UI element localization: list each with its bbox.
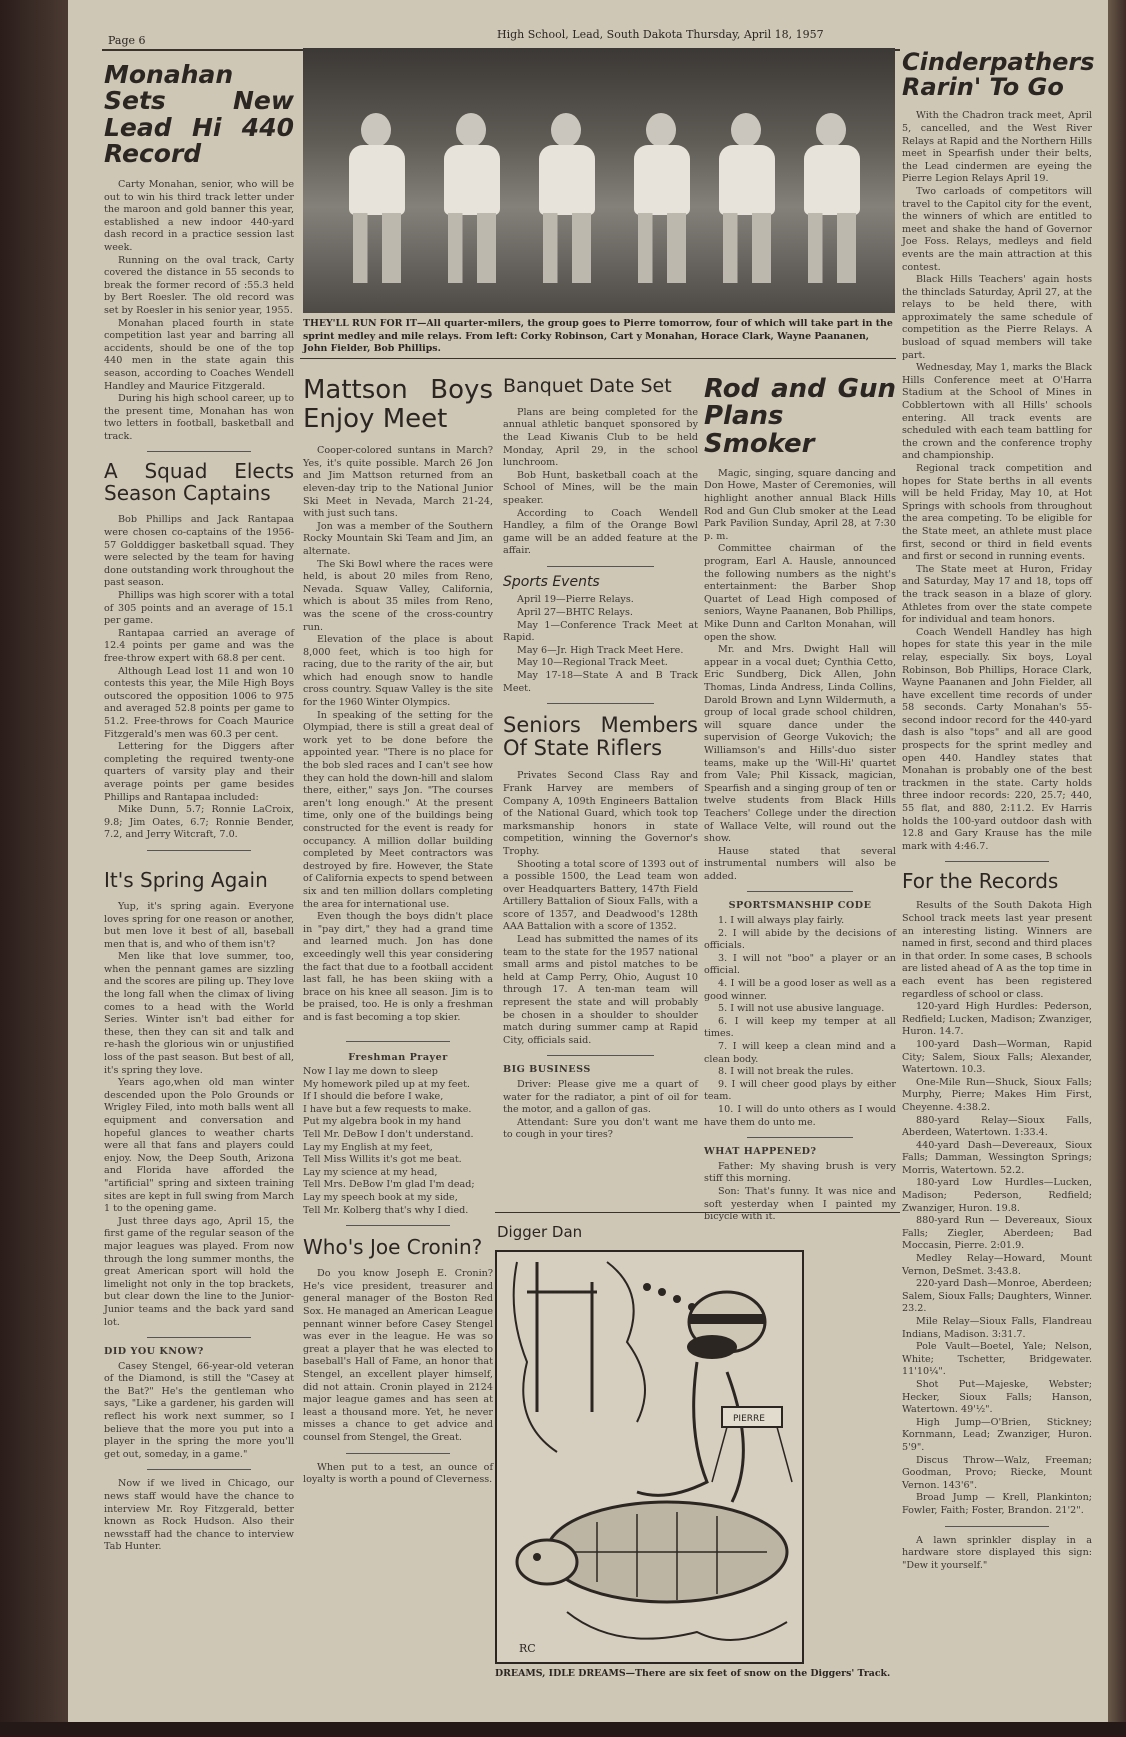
- paragraph: Running on the oval track, Carty covered…: [104, 255, 294, 318]
- divider: [346, 1225, 451, 1226]
- divider: [547, 566, 654, 567]
- paragraph: Lettering for the Diggers after completi…: [104, 741, 294, 804]
- event-item: April 19—Pierre Relays.: [503, 594, 698, 607]
- divider: [747, 1137, 853, 1138]
- paragraph: Mr. and Mrs. Dwight Hall will appear in …: [704, 644, 896, 846]
- record-item: Mile Relay—Sioux Falls, Flandreau Indian…: [902, 1316, 1092, 1341]
- poem-line: Tell Mr. DeBow I don't understand.: [303, 1129, 493, 1142]
- poem-line: Lay my English at my feet,: [303, 1142, 493, 1155]
- quarter-milers-photo: [303, 48, 895, 313]
- poem-line: Put my algebra book in my hand: [303, 1116, 493, 1129]
- kicker-big-business: BIG BUSINESS: [503, 1064, 698, 1077]
- section-rule: [495, 1212, 900, 1213]
- paragraph: Rantapaa carried an average of 12.4 poin…: [104, 628, 294, 666]
- paragraph: Carty Monahan, senior, who will be out t…: [104, 179, 294, 255]
- headline-cinderpathers: Cinderpathers Rarin' To Go: [902, 50, 1092, 100]
- record-item: 220-yard Dash—Monroe, Aberdeen; Salem, S…: [902, 1278, 1092, 1316]
- kicker-what-happened: WHAT HAPPENED?: [704, 1146, 896, 1159]
- record-item: Shot Put—Majeske, Webster; Hecker, Sioux…: [902, 1379, 1092, 1417]
- paragraph: Two carloads of competitors will travel …: [902, 186, 1092, 274]
- paragraph: Elevation of the place is about 8,000 fe…: [303, 634, 493, 710]
- paragraph: Attendant: Sure you don't want me to cou…: [503, 1117, 698, 1142]
- record-item: 440-yard Dash—Devereaux, Sioux Falls; Da…: [902, 1140, 1092, 1178]
- paragraph: Hause stated that several instrumental n…: [704, 846, 896, 884]
- record-item: Discus Throw—Walz, Freeman; Goodman, Pro…: [902, 1455, 1092, 1493]
- paragraph: Bob Phillips and Jack Rantapaa were chos…: [104, 514, 294, 590]
- code-item: 7. I will keep a clean mind and a clean …: [704, 1041, 896, 1066]
- headline-monahan: Monahan Sets New Lead Hi 440 Record: [104, 62, 294, 167]
- code-item: 8. I will not break the rules.: [704, 1066, 896, 1079]
- headline-cronin: Who's Joe Cronin?: [303, 1236, 493, 1258]
- paragraph: Committee chairman of the program, Earl …: [704, 543, 896, 644]
- paragraph: Bob Hunt, basketball coach at the School…: [503, 470, 698, 508]
- record-item: 880-yard Run — Devereaux, Sioux Falls; Z…: [902, 1215, 1092, 1253]
- page-number: Page 6: [108, 34, 146, 47]
- record-item: Medley Relay—Howard, Mount Vernon, DeSme…: [902, 1253, 1092, 1278]
- divider: [945, 861, 1050, 862]
- headline-records: For the Records: [902, 870, 1092, 892]
- paragraph: Casey Stengel, 66-year-old veteran of th…: [104, 1361, 294, 1462]
- headline-spring: It's Spring Again: [104, 869, 294, 891]
- record-item: 180-yard Low Hurdles—Lucken, Madison; Pe…: [902, 1177, 1092, 1215]
- paragraph: Yup, it's spring again. Everyone loves s…: [104, 901, 294, 951]
- poem-line: Tell Mr. Kolberg that's why I died.: [303, 1205, 493, 1218]
- paragraph: Coach Wendell Handley has high hopes for…: [902, 627, 1092, 854]
- page-edge-bottom: [0, 1722, 1126, 1737]
- photo-caption: THEY'LL RUN FOR IT—All quarter-milers, t…: [303, 318, 893, 356]
- poem-line: Tell Mrs. DeBow I'm glad I'm dead;: [303, 1179, 493, 1192]
- paragraph: The State meet at Huron, Friday and Satu…: [902, 564, 1092, 627]
- paragraph: Although Lead lost 11 and won 10 contest…: [104, 666, 294, 742]
- code-item: 2. I will abide by the decisions of offi…: [704, 928, 896, 953]
- paragraph: Cooper-colored suntans in March? Yes, it…: [303, 445, 493, 521]
- paragraph: Jon was a member of the Southern Rocky M…: [303, 521, 493, 559]
- code-item: 4. I will be a good loser as well as a g…: [704, 978, 896, 1003]
- paragraph: Years ago,when old man winter descended …: [104, 1077, 294, 1216]
- record-item: Broad Jump — Krell, Plankinton; Fowler, …: [902, 1492, 1092, 1517]
- record-item: High Jump—O'Brien, Stickney; Kornmann, L…: [902, 1417, 1092, 1455]
- paragraph: Results of the South Dakota High School …: [902, 900, 1092, 1001]
- paragraph: Now if we lived in Chicago, our news sta…: [104, 1478, 294, 1554]
- paragraph: Men like that love summer, too, when the…: [104, 951, 294, 1077]
- code-item: 9. I will cheer good plays by either tea…: [704, 1079, 896, 1104]
- paragraph: Monahan placed fourth in state competiti…: [104, 318, 294, 394]
- event-item: May 6—Jr. High Track Meet Here.: [503, 645, 698, 658]
- divider: [945, 1526, 1050, 1527]
- headline-smoker: Rod and Gun Plans Smoker: [704, 376, 896, 458]
- paragraph: Plans are being completed for the annual…: [503, 407, 698, 470]
- poem-line: Now I lay me down to sleep: [303, 1066, 493, 1079]
- paragraph: During his high school career, up to the…: [104, 393, 294, 443]
- headline-mattson: Mattson Boys Enjoy Meet: [303, 376, 493, 433]
- paragraph: With the Chadron track meet, April 5, ca…: [902, 110, 1092, 186]
- event-item: May 10—Regional Track Meet.: [503, 657, 698, 670]
- paragraph: Do you know Joseph E. Cronin? He's vice …: [303, 1268, 493, 1444]
- paragraph: Privates Second Class Ray and Frank Harv…: [503, 770, 698, 858]
- code-item: 6. I will keep my temper at all times.: [704, 1016, 896, 1041]
- paragraph: Black Hills Teachers' again hosts the th…: [902, 274, 1092, 362]
- cartoon-title: Digger Dan: [497, 1224, 582, 1241]
- divider: [147, 1337, 252, 1338]
- kicker-did-you-know: DID YOU KNOW?: [104, 1346, 294, 1359]
- code-item: 1. I will always play fairly.: [704, 915, 896, 928]
- column-2: Mattson Boys Enjoy Meet Cooper-colored s…: [303, 376, 493, 1487]
- divider: [547, 1055, 654, 1056]
- paragraph: The Ski Bowl where the races were held, …: [303, 559, 493, 635]
- record-item: Pole Vault—Boetel, Yale; Nelson, White; …: [902, 1341, 1092, 1379]
- page-shadow-left: [0, 0, 68, 1737]
- paragraph: Just three days ago, April 15, the first…: [104, 1216, 294, 1329]
- paragraph: Magic, singing, square dancing and Don H…: [704, 468, 896, 544]
- paragraph: Even though the boys didn't place in "pa…: [303, 911, 493, 1024]
- event-item: May 1—Conference Track Meet at Rapid.: [503, 620, 698, 645]
- event-item: April 27—BHTC Relays.: [503, 607, 698, 620]
- runner-figure: [343, 113, 413, 283]
- paragraph: Son: That's funny. It was nice and soft …: [704, 1186, 896, 1224]
- divider: [346, 1041, 451, 1042]
- paragraph: Father: My shaving brush is very stiff t…: [704, 1161, 896, 1186]
- paragraph: Regional track competition and hopes for…: [902, 463, 1092, 564]
- cartoon-signature: RC: [519, 1642, 536, 1655]
- headline-riflers: Seniors Members Of State Riflers: [503, 714, 698, 760]
- paragraph: Phillips was high scorer with a total of…: [104, 590, 294, 628]
- digger-dan-cartoon: RC PIERRE: [495, 1250, 804, 1664]
- divider: [147, 850, 252, 851]
- column-1: Monahan Sets New Lead Hi 440 Record Cart…: [104, 62, 294, 1554]
- column-3: Banquet Date Set Plans are being complet…: [503, 376, 698, 1142]
- runner-figure: [533, 113, 603, 283]
- code-item: 3. I will not "boo" a player or an offic…: [704, 953, 896, 978]
- poem-line: Lay my speech book at my side,: [303, 1192, 493, 1205]
- column-4: Rod and Gun Plans Smoker Magic, singing,…: [704, 376, 896, 1224]
- runner-figure: [628, 113, 698, 283]
- record-item: 120-yard High Hurdles: Pederson, Redfiel…: [902, 1001, 1092, 1039]
- poem-line: Lay my science at my head,: [303, 1167, 493, 1180]
- divider: [747, 891, 853, 892]
- column-5: Cinderpathers Rarin' To Go With the Chad…: [902, 50, 1092, 1572]
- divider: [346, 1453, 451, 1454]
- divider: [547, 703, 654, 704]
- paragraph: A lawn sprinkler display in a hardware s…: [902, 1535, 1092, 1573]
- runner-figure: [438, 113, 508, 283]
- paragraph: Driver: Please give me a quart of water …: [503, 1079, 698, 1117]
- code-item: 10. I will do unto others as I would hav…: [704, 1104, 896, 1129]
- sportsmanship-title: SPORTSMANSHIP CODE: [704, 900, 896, 913]
- paragraph: When put to a test, an ounce of loyalty …: [303, 1462, 493, 1487]
- record-item: One-Mile Run—Shuck, Sioux Falls; Murphy,…: [902, 1077, 1092, 1115]
- record-item: 100-yard Dash—Worman, Rapid City; Salem,…: [902, 1039, 1092, 1077]
- poem-line: Tell Miss Willits it's got me beat.: [303, 1154, 493, 1167]
- cartoon-illustration: RC PIERRE: [497, 1252, 802, 1662]
- poem-title: Freshman Prayer: [303, 1052, 493, 1065]
- paragraph: Mike Dunn, 5.7; Ronnie LaCroix, 9.8; Jim…: [104, 804, 294, 842]
- headline-banquet: Banquet Date Set: [503, 376, 698, 397]
- cartoon-sign: PIERRE: [733, 1414, 765, 1424]
- poem-line: I have but a few requests to make.: [303, 1104, 493, 1117]
- paragraph: Shooting a total score of 1393 out of a …: [503, 859, 698, 935]
- record-item: 880-yard Relay—Sioux Falls, Aberdeen, Wa…: [902, 1115, 1092, 1140]
- paragraph: Lead has submitted the names of its team…: [503, 934, 698, 1047]
- runner-figure: [713, 113, 783, 283]
- event-item: May 17-18—State A and B Track Meet.: [503, 670, 698, 695]
- paragraph: Wednesday, May 1, marks the Black Hills …: [902, 362, 1092, 463]
- paragraph: According to Coach Wendell Handley, a fi…: [503, 508, 698, 558]
- code-item: 5. I will not use abusive language.: [704, 1003, 896, 1016]
- poem-line: My homework piled up at my feet.: [303, 1079, 493, 1092]
- divider: [147, 451, 252, 452]
- section-rule: [300, 358, 896, 359]
- page-edge-right: [1108, 0, 1126, 1737]
- headline-sports-events: Sports Events: [503, 575, 698, 590]
- runner-figure: [798, 113, 868, 283]
- dateline: High School, Lead, South Dakota Thursday…: [497, 28, 824, 41]
- headline-captains: A Squad Elects Season Captains: [104, 460, 294, 504]
- cartoon-caption: DREAMS, IDLE DREAMS—There are six feet o…: [495, 1668, 895, 1681]
- poem-line: If I should die before I wake,: [303, 1091, 493, 1104]
- divider: [147, 1469, 252, 1470]
- paragraph: In speaking of the setting for the Olymp…: [303, 710, 493, 912]
